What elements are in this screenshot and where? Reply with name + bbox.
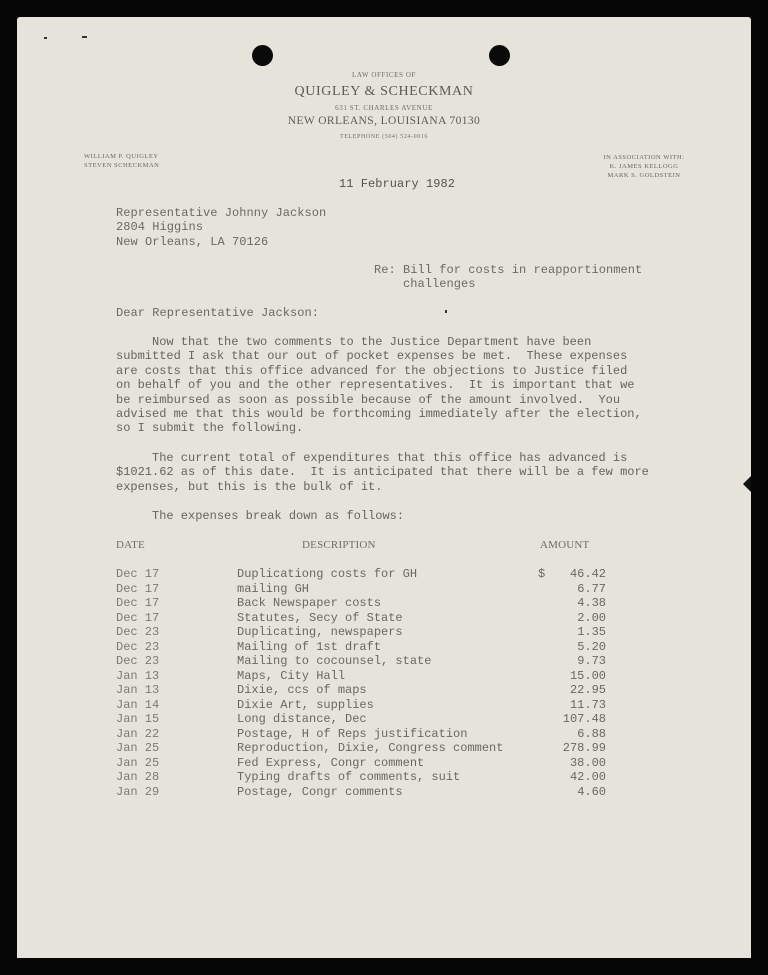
- firm-telephone: TELEPHONE (504) 524-0016: [0, 134, 768, 140]
- expense-row: Dec 23Mailing of 1st draft5.20: [116, 640, 606, 655]
- expense-description: Reproduction, Dixie, Congress comment: [237, 741, 503, 756]
- paragraph-line: submitted I ask that our out of pocket e…: [116, 349, 656, 363]
- recipient-street: 2804 Higgins: [116, 220, 203, 234]
- firm-city: NEW ORLEANS, LOUISIANA 70130: [0, 115, 768, 127]
- expense-amount: 46.42: [570, 567, 606, 582]
- currency-symbol: $: [538, 567, 545, 582]
- expense-amount: 6.77: [577, 582, 606, 597]
- expense-amount: 11.73: [570, 698, 606, 713]
- expense-description: Postage, H of Reps justification: [237, 727, 467, 742]
- paragraph-line: Now that the two comments to the Justice…: [116, 335, 656, 349]
- expense-row: Jan 25Fed Express, Congr comment38.00: [116, 756, 606, 771]
- firm-street: 631 ST. CHARLES AVENUE: [0, 104, 768, 112]
- paragraph-line: expenses, but this is the bulk of it.: [116, 480, 656, 494]
- expense-row: Dec 17mailing GH6.77: [116, 582, 606, 597]
- expense-row: Jan 13Maps, City Hall15.00: [116, 669, 606, 684]
- recipient-city: New Orleans, LA 70126: [116, 235, 268, 249]
- expense-amount: 107.48: [563, 712, 606, 727]
- expense-description: Long distance, Dec: [237, 712, 367, 727]
- associates-list: IN ASSOCIATION WITH: K. JAMES KELLOGG MA…: [598, 153, 690, 180]
- expense-row: Jan 15Long distance, Dec107.48: [116, 712, 606, 727]
- re-line: Bill for costs in reapportionment: [403, 263, 642, 277]
- expense-row: Dec 17Back Newspaper costs4.38: [116, 596, 606, 611]
- firm-name: QUIGLEY & SCHECKMAN: [0, 84, 768, 100]
- expense-description: Statutes, Secy of State: [237, 611, 403, 626]
- expense-date: Jan 25: [116, 756, 159, 771]
- expense-date: Jan 29: [116, 785, 159, 800]
- expense-date: Jan 28: [116, 770, 159, 785]
- expense-row: Dec 17Duplicationg costs for GH$46.42: [116, 567, 606, 582]
- letter-date: 11 February 1982: [339, 177, 455, 191]
- expense-date: Dec 23: [116, 625, 159, 640]
- expense-date: Dec 17: [116, 567, 159, 582]
- expense-row: Dec 17Statutes, Secy of State2.00: [116, 611, 606, 626]
- expense-amount: 5.20: [577, 640, 606, 655]
- expense-description: Dixie, ccs of maps: [237, 683, 367, 698]
- salutation: Dear Representative Jackson:: [116, 306, 319, 320]
- expense-amount: 42.00: [570, 770, 606, 785]
- expense-amount: 22.95: [570, 683, 606, 698]
- association-label: IN ASSOCIATION WITH:: [598, 153, 690, 162]
- expense-date: Dec 17: [116, 596, 159, 611]
- paragraph-line: be reimbursed as soon as possible becaus…: [116, 393, 656, 407]
- re-line: challenges: [403, 277, 476, 291]
- page-speck: [44, 37, 47, 39]
- expense-row: Jan 25Reproduction, Dixie, Congress comm…: [116, 741, 606, 756]
- expense-date: Dec 17: [116, 611, 159, 626]
- expense-date: Jan 14: [116, 698, 159, 713]
- expense-amount: 9.73: [577, 654, 606, 669]
- partner-name: WILLIAM P. QUIGLEY: [84, 152, 159, 161]
- expense-description: Fed Express, Congr comment: [237, 756, 424, 771]
- expense-date: Jan 25: [116, 741, 159, 756]
- expense-amount: 15.00: [570, 669, 606, 684]
- expense-amount: 2.00: [577, 611, 606, 626]
- associate-name: MARK S. GOLDSTEIN: [598, 171, 690, 180]
- expense-date: Jan 15: [116, 712, 159, 727]
- expense-date: Jan 22: [116, 727, 159, 742]
- associate-name: K. JAMES KELLOGG: [598, 162, 690, 171]
- expense-description: Mailing to cocounsel, state: [237, 654, 431, 669]
- partner-name: STEVEN SCHECKMAN: [84, 161, 159, 170]
- expense-date: Dec 17: [116, 582, 159, 597]
- expense-description: Typing drafts of comments, suit: [237, 770, 460, 785]
- expense-description: Postage, Congr comments: [237, 785, 403, 800]
- expense-description: Duplicationg costs for GH: [237, 567, 417, 582]
- expense-amount: 38.00: [570, 756, 606, 771]
- expense-date: Dec 23: [116, 640, 159, 655]
- body-paragraph-3: The expenses break down as follows:: [116, 509, 656, 523]
- page-tear-mark: [743, 476, 751, 492]
- expense-description: Mailing of 1st draft: [237, 640, 381, 655]
- expense-row: Jan 28Typing drafts of comments, suit42.…: [116, 770, 606, 785]
- letterhead-preamble: LAW OFFICES OF: [0, 71, 768, 79]
- expense-description: Dixie Art, supplies: [237, 698, 374, 713]
- expense-row: Jan 14Dixie Art, supplies11.73: [116, 698, 606, 713]
- expense-description: Maps, City Hall: [237, 669, 345, 684]
- paragraph-line: so I submit the following.: [116, 421, 656, 435]
- expense-amount: 6.88: [577, 727, 606, 742]
- paragraph-line: The current total of expenditures that t…: [116, 451, 656, 465]
- paragraph-line: on behalf of you and the other represent…: [116, 378, 656, 392]
- expense-table: Dec 17Duplicationg costs for GH$46.42Dec…: [116, 567, 606, 799]
- expense-description: mailing GH: [237, 582, 309, 597]
- paragraph-line: advised me that this would be forthcomin…: [116, 407, 656, 421]
- expense-row: Jan 13Dixie, ccs of maps22.95: [116, 683, 606, 698]
- expense-amount: 4.38: [577, 596, 606, 611]
- page-speck: [82, 36, 87, 38]
- expense-row: Jan 22Postage, H of Reps justification6.…: [116, 727, 606, 742]
- column-header-date: DATE: [116, 539, 145, 551]
- paragraph-line: The expenses break down as follows:: [116, 509, 656, 523]
- partners-list: WILLIAM P. QUIGLEY STEVEN SCHECKMAN: [84, 152, 159, 170]
- expense-row: Jan 29Postage, Congr comments4.60: [116, 785, 606, 800]
- expense-row: Dec 23Mailing to cocounsel, state9.73: [116, 654, 606, 669]
- expense-date: Dec 23: [116, 654, 159, 669]
- paragraph-line: are costs that this office advanced for …: [116, 364, 656, 378]
- page-speck: [445, 310, 447, 313]
- body-paragraph-1: Now that the two comments to the Justice…: [116, 335, 656, 436]
- paragraph-line: $1021.62 as of this date. It is anticipa…: [116, 465, 656, 479]
- expense-date: Jan 13: [116, 669, 159, 684]
- expense-amount: 278.99: [563, 741, 606, 756]
- column-header-description: DESCRIPTION: [302, 539, 376, 551]
- expense-amount: 1.35: [577, 625, 606, 640]
- expense-date: Jan 13: [116, 683, 159, 698]
- expense-description: Back Newspaper costs: [237, 596, 381, 611]
- recipient-name: Representative Johnny Jackson: [116, 206, 326, 220]
- expense-description: Duplicating, newspapers: [237, 625, 403, 640]
- punch-hole-left: [252, 45, 273, 66]
- punch-hole-right: [489, 45, 510, 66]
- expense-row: Dec 23Duplicating, newspapers1.35: [116, 625, 606, 640]
- body-paragraph-2: The current total of expenditures that t…: [116, 451, 656, 494]
- expense-amount: 4.60: [577, 785, 606, 800]
- re-label: Re:: [374, 263, 396, 277]
- column-header-amount: AMOUNT: [540, 539, 589, 551]
